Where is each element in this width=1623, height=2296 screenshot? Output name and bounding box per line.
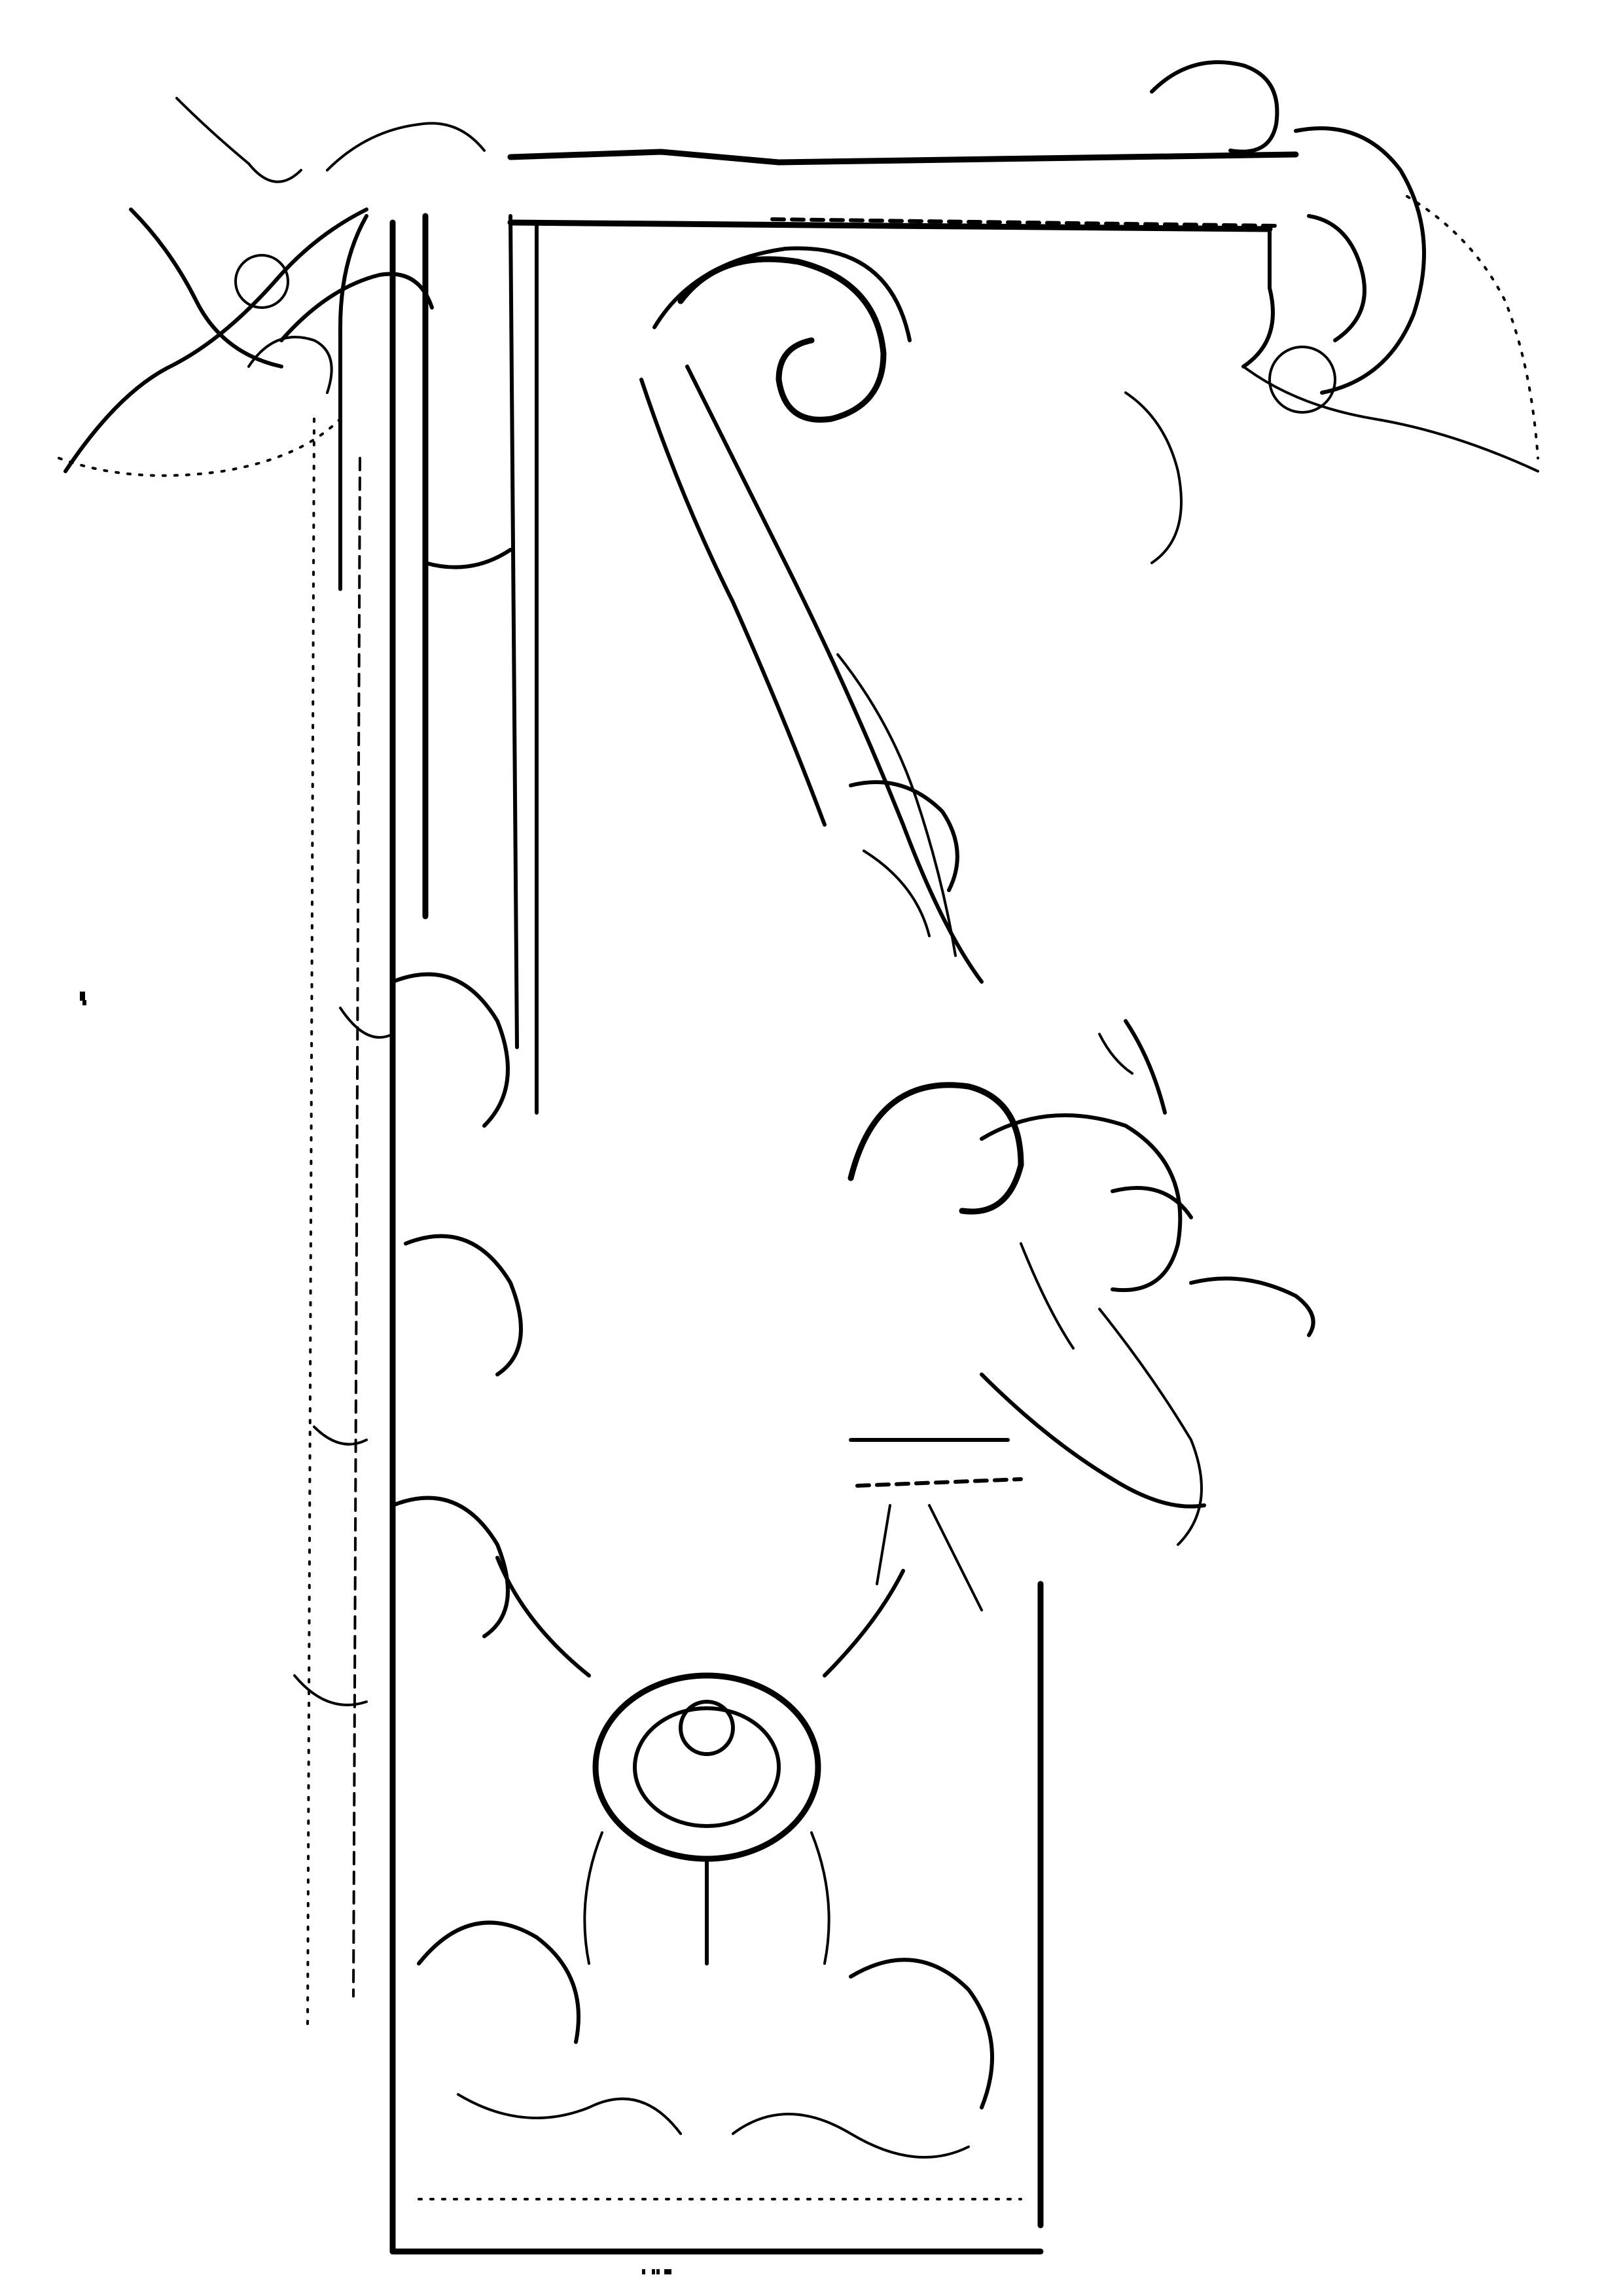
bottom-mark-2 [652, 2269, 655, 2274]
bottom-mark-4 [664, 2269, 671, 2274]
bottom-mark-3 [656, 2269, 660, 2274]
paper-background [0, 0, 1623, 2296]
bottom-mark-1 [642, 2269, 645, 2274]
ornamental-engraving [0, 0, 1623, 2296]
stray-mark-left-tail [82, 1000, 86, 1005]
stray-mark-left [80, 992, 85, 1001]
